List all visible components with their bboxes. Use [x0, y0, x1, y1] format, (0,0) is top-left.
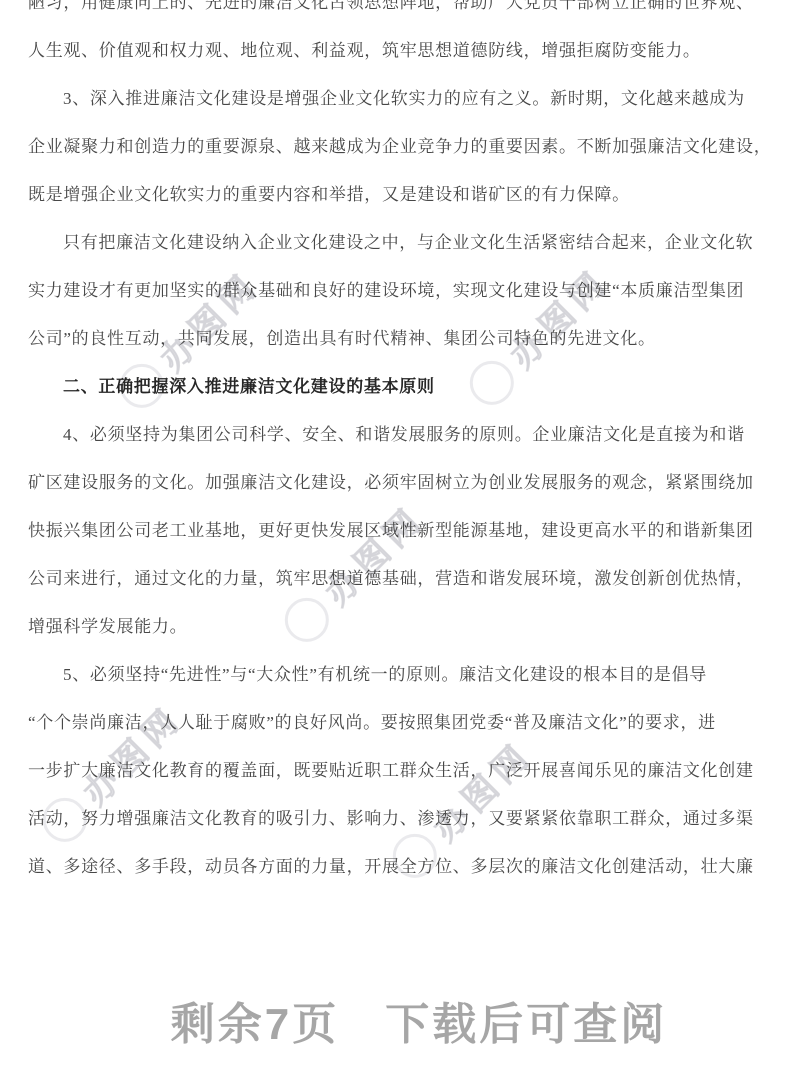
document-text-line: 既是增强企业文化软实力的重要内容和举措，又是建设和谐矿区的有力保障。	[28, 171, 773, 219]
document-text-line: 二、正确把握深入推进廉洁文化建设的基本原则	[28, 363, 773, 411]
document-text-line: 3、深入推进廉洁文化建设是增强企业文化软实力的应有之义。新时期，文化越来越成为	[28, 75, 773, 123]
remaining-pages-label: 剩余7页	[171, 1000, 339, 1049]
document-text-line: 4、必须坚持为集团公司科学、安全、和谐发展服务的原则。企业廉洁文化是直接为和谐	[28, 411, 773, 459]
document-text-line: 人生观、价值观和权力观、地位观、利益观，筑牢思想道德防线，增强拒腐防变能力。	[28, 27, 773, 75]
document-text-line: “个个崇尚廉洁，人人耻于腐败”的良好风尚。要按照集团党委“普及廉洁文化”的要求，…	[28, 699, 773, 747]
document-text-line: 陋习，用健康向上的、先进的廉洁文化占领思想阵地，帮助广大党员干部树立正确的世界观…	[28, 0, 773, 27]
document-page: 办图网 办图网 办图网 办图网 办图网 陋习，用健康向上的、先进的廉洁文化占领思…	[0, 0, 800, 1092]
document-text-line: 矿区建设服务的文化。加强廉洁文化建设，必须牢固树立为创业发展服务的观念，紧紧围绕…	[28, 459, 773, 507]
document-text-line: 5、必须坚持“先进性”与“大众性”有机统一的原则。廉洁文化建设的根本目的是倡导	[28, 651, 773, 699]
document-text-line: 实力建设才有更加坚实的群众基础和良好的建设环境，实现文化建设与创建“本质廉洁型集…	[28, 267, 773, 315]
document-text-line: 公司”的良性互动，共同发展，创造出具有时代精神、集团公司特色的先进文化。	[28, 315, 773, 363]
document-text-line: 活动，努力增强廉洁文化教育的吸引力、影响力、渗透力，又要紧紧依靠职工群众，通过多…	[28, 795, 773, 843]
document-body: 陋习，用健康向上的、先进的廉洁文化占领思想阵地，帮助广大党员干部树立正确的世界观…	[28, 0, 773, 891]
page-footer-notice: 剩余7页下载后可查阅	[0, 988, 800, 1052]
document-text-line: 只有把廉洁文化建设纳入企业文化建设之中，与企业文化生活紧密结合起来，企业文化软	[28, 219, 773, 267]
download-hint-label: 下载后可查阅	[385, 1000, 667, 1049]
document-text-line: 增强科学发展能力。	[28, 603, 773, 651]
document-text-line: 公司来进行，通过文化的力量，筑牢思想道德基础，营造和谐发展环境，激发创新创优热情…	[28, 555, 773, 603]
document-text-line: 一步扩大廉洁文化教育的覆盖面，既要贴近职工群众生活，广泛开展喜闻乐见的廉洁文化创…	[28, 747, 773, 795]
document-text-line: 快振兴集团公司老工业基地，更好更快发展区域性新型能源基地，建设更高水平的和谐新集…	[28, 507, 773, 555]
document-text-line: 企业凝聚力和创造力的重要源泉、越来越成为企业竞争力的重要因素。不断加强廉洁文化建…	[28, 123, 773, 171]
document-text-line: 道、多途径、多手段，动员各方面的力量，开展全方位、多层次的廉洁文化创建活动，壮大…	[28, 843, 773, 891]
